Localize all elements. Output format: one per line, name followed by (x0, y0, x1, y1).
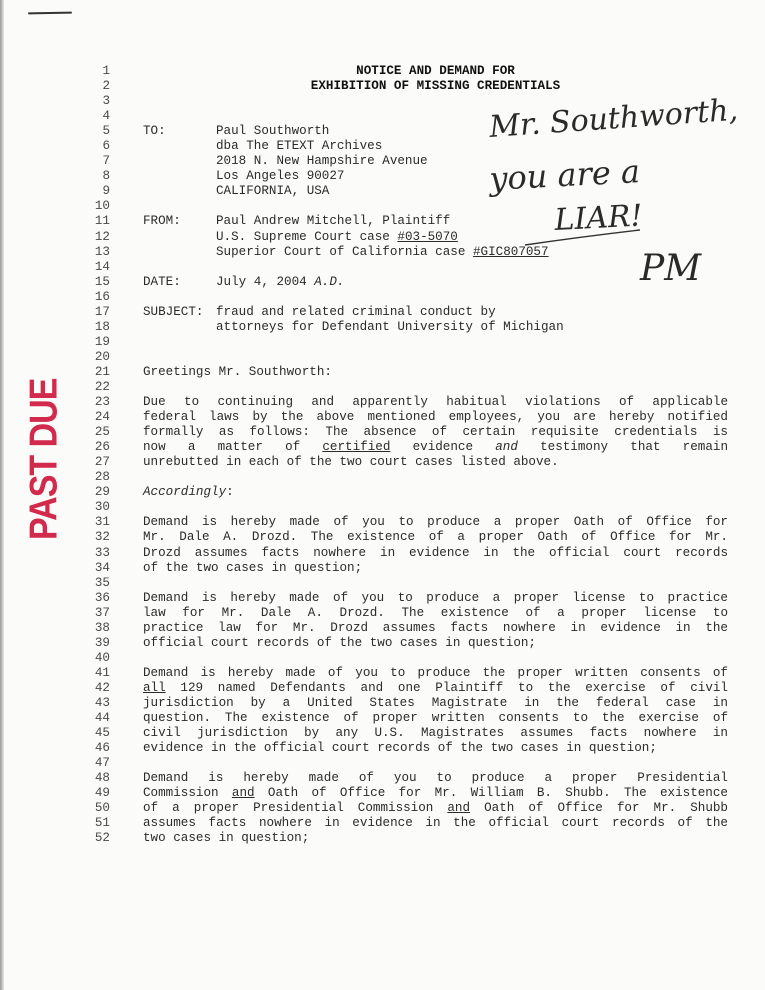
case1-prefix: U.S. Supreme Court case (216, 230, 397, 244)
demand1-line-1: Demand is hereby made of you to produce … (143, 515, 728, 530)
line-number: 20 (60, 350, 110, 365)
line-number: 35 (60, 576, 110, 591)
subject-line-2: attorneys for Defendant University of Mi… (216, 320, 564, 334)
line-number: 50 (60, 801, 110, 816)
demand2-line-1: Demand is hereby made of you to produce … (143, 591, 728, 606)
line-number: 28 (60, 470, 110, 485)
intro-line-1: Due to continuing and apparently habitua… (143, 395, 728, 410)
line-number: 46 (60, 741, 110, 756)
intro-line-5: unrebutted in each of the two court case… (143, 455, 728, 470)
line-number: 11 (60, 214, 110, 229)
line-number: 40 (60, 651, 110, 666)
and-emphasis: and (495, 440, 518, 454)
demand3-line-1: Demand is hereby made of you to produce … (143, 666, 728, 681)
line-number: 6 (60, 139, 110, 154)
line-number: 42 (60, 681, 110, 696)
from-label: FROM: (143, 214, 216, 229)
line-number: 36 (60, 591, 110, 606)
all-emphasis: all (143, 681, 166, 695)
line-number: 29 (60, 485, 110, 500)
intro-line-2: federal laws by the above mentioned empl… (143, 410, 728, 425)
line-number: 24 (60, 410, 110, 425)
line-number: 30 (60, 500, 110, 515)
line-number: 27 (60, 455, 110, 470)
demand2-line-3: practice law for Mr. Drozd assumes facts… (143, 621, 728, 636)
line-number: 52 (60, 831, 110, 846)
to-line-5: CALIFORNIA, USA (216, 184, 329, 198)
demand4-line-4: assumes facts nowhere in evidence in the… (143, 816, 728, 831)
line-number: 13 (60, 245, 110, 260)
subject-line-1: fraud and related criminal conduct by (216, 305, 496, 319)
page-edge (0, 0, 4, 990)
to-line-4: Los Angeles 90027 (216, 169, 344, 183)
date-era: A.D. (314, 275, 344, 289)
demand3-line-5: civil jurisdiction by any U.S. Magistrat… (143, 726, 728, 741)
to-label: TO: (143, 124, 216, 139)
greeting: Greetings Mr. Southworth: (143, 365, 728, 380)
to-name: Paul Southworth (216, 124, 329, 138)
to-line-1: TO:Paul Southworth (143, 124, 728, 139)
date-value: July 4, 2004 (216, 275, 314, 289)
line-number: 26 (60, 440, 110, 455)
line-number: 41 (60, 666, 110, 681)
line-number: 48 (60, 771, 110, 786)
document-body: NOTICE AND DEMAND FOR EXHIBITION OF MISS… (143, 64, 728, 846)
line-number: 4 (60, 109, 110, 124)
line-number: 21 (60, 365, 110, 380)
line-number: 15 (60, 275, 110, 290)
title-line-2: EXHIBITION OF MISSING CREDENTIALS (143, 79, 728, 94)
line-number: 8 (60, 169, 110, 184)
to-line-2: dba The ETEXT Archives (216, 139, 382, 153)
line-number: 12 (60, 230, 110, 245)
demand1-line-3: Drozd assumes facts nowhere in evidence … (143, 546, 728, 561)
intro-line-3: formally as follows: The absence of cert… (143, 425, 728, 440)
line-number: 14 (60, 260, 110, 275)
demand1-line-4: of the two cases in question; (143, 561, 728, 576)
demand3-line-4: question. The existence of proper writte… (143, 711, 728, 726)
case1-number: #03-5070 (397, 230, 457, 244)
to-line-3: 2018 N. New Hampshire Avenue (216, 154, 428, 168)
line-number: 16 (60, 290, 110, 305)
date-label: DATE: (143, 275, 216, 290)
line-numbers: 1234567891011121314151617181920212223242… (60, 64, 110, 846)
line-number: 18 (60, 320, 110, 335)
line-number: 32 (60, 530, 110, 545)
line-number: 39 (60, 636, 110, 651)
case2-prefix: Superior Court of California case (216, 245, 473, 259)
line-number: 22 (60, 380, 110, 395)
demand3-line-3: jurisdiction by a United States Magistra… (143, 696, 728, 711)
demand2-line-2: law for Mr. Dale A. Drozd. The existence… (143, 606, 728, 621)
from-name: Paul Andrew Mitchell, Plaintiff (216, 214, 450, 228)
demand3-line-2: all 129 named Defendants and one Plainti… (143, 681, 728, 696)
line-number: 31 (60, 515, 110, 530)
line-number: 9 (60, 184, 110, 199)
line-number: 45 (60, 726, 110, 741)
line-number: 49 (60, 786, 110, 801)
line-number: 5 (60, 124, 110, 139)
demand2-line-4: official court records of the two cases … (143, 636, 728, 651)
line-number: 10 (60, 199, 110, 214)
line-number: 44 (60, 711, 110, 726)
demand4-line-1: Demand is hereby made of you to produce … (143, 771, 728, 786)
demand4-line-5: two cases in question; (143, 831, 728, 846)
title-line-1: NOTICE AND DEMAND FOR (143, 64, 728, 79)
demand1-line-2: Mr. Dale A. Drozd. The existence of a pr… (143, 530, 728, 545)
line-number: 37 (60, 606, 110, 621)
line-number: 33 (60, 546, 110, 561)
certified-emphasis: certified (322, 440, 390, 454)
line-number: 51 (60, 816, 110, 831)
line-number: 23 (60, 395, 110, 410)
line-number: 25 (60, 425, 110, 440)
pen-mark (28, 12, 72, 15)
line-number: 38 (60, 621, 110, 636)
line-number: 17 (60, 305, 110, 320)
demand4-line-3: of a proper Presidential Commission and … (143, 801, 728, 816)
intro-line-4: now a matter of certified evidence and t… (143, 440, 728, 455)
line-number: 47 (60, 756, 110, 771)
line-number: 2 (60, 79, 110, 94)
line-number: 7 (60, 154, 110, 169)
case2-number: #GIC807057 (473, 245, 549, 259)
line-number: 19 (60, 335, 110, 350)
line-number: 1 (60, 64, 110, 79)
accordingly: Accordingly: (143, 485, 728, 500)
demand3-line-6: evidence in the official court records o… (143, 741, 728, 756)
line-number: 3 (60, 94, 110, 109)
demand4-line-2: Commission and Oath of Office for Mr. Wi… (143, 786, 728, 801)
line-number: 34 (60, 561, 110, 576)
subject-label: SUBJECT: (143, 305, 216, 320)
line-number: 43 (60, 696, 110, 711)
